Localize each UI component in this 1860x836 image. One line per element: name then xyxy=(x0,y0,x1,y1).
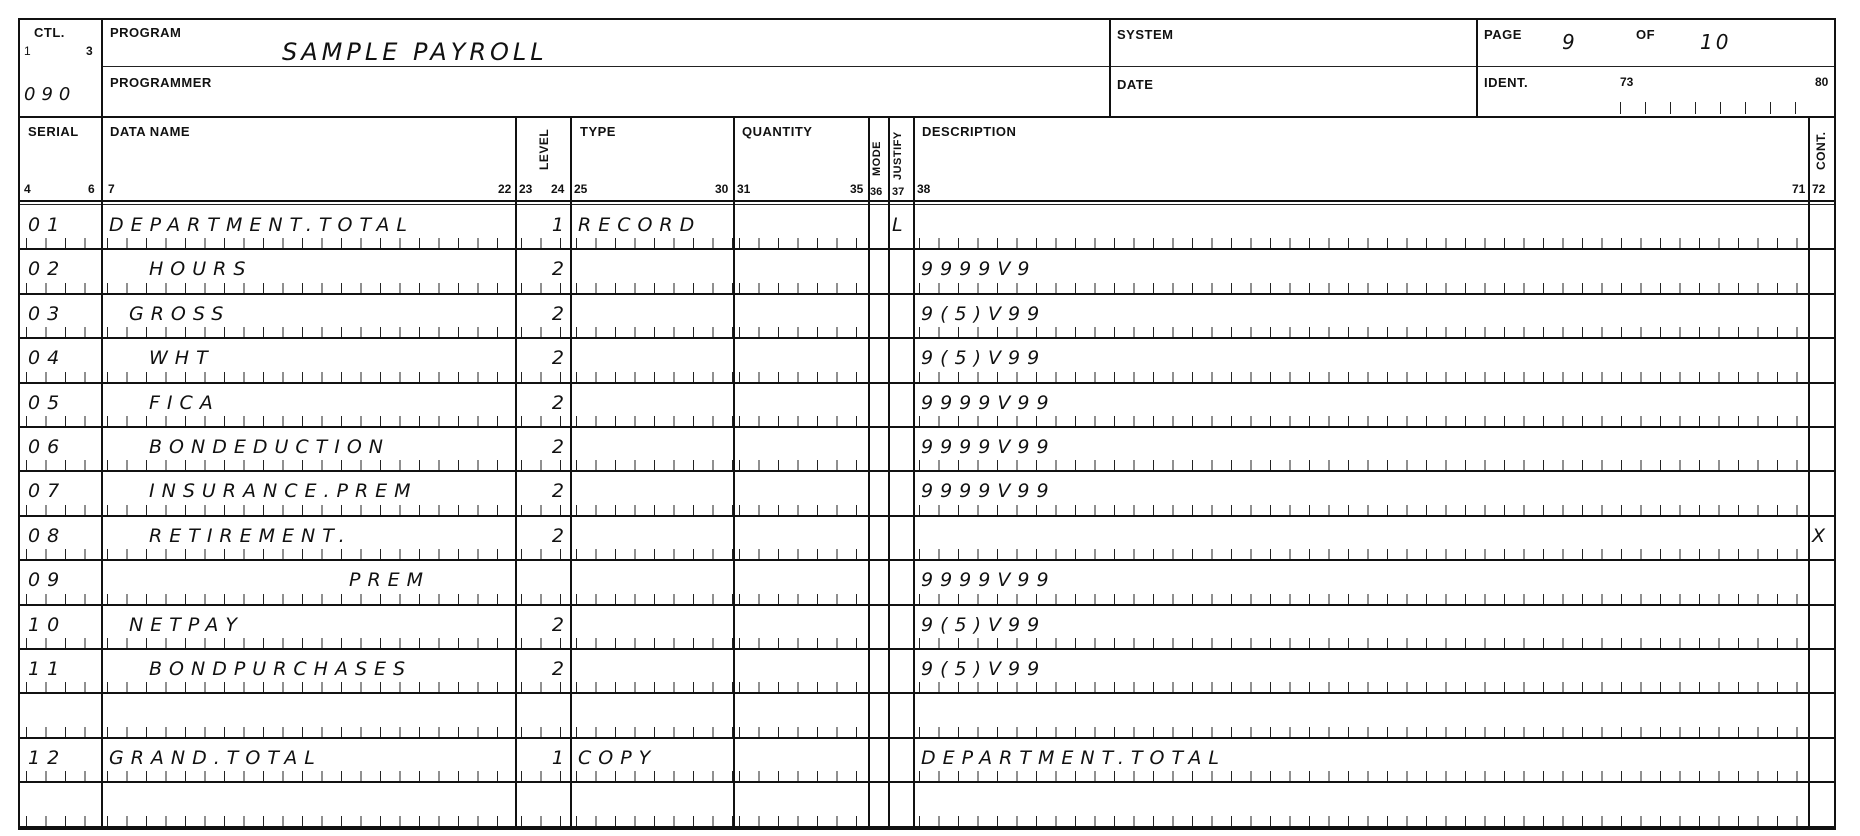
description-value: 9999V99 xyxy=(921,436,1056,458)
level-cell[interactable]: 2 xyxy=(515,428,570,470)
serial-cell[interactable]: 10 xyxy=(20,606,101,648)
table-row: 02HOURS29999V9 xyxy=(20,250,1834,294)
type-cell[interactable] xyxy=(570,694,733,736)
level-col-end: 24 xyxy=(551,182,564,196)
level-cell[interactable]: 1 xyxy=(515,739,570,781)
justify-cell[interactable] xyxy=(888,428,913,470)
mode-cell[interactable] xyxy=(868,606,888,648)
mode-cell[interactable] xyxy=(868,206,888,248)
data-name-cell[interactable] xyxy=(101,694,515,736)
serial-cell[interactable]: 12 xyxy=(20,739,101,781)
character-ticks xyxy=(913,460,1808,470)
character-ticks xyxy=(570,594,733,604)
mode-cell[interactable] xyxy=(868,561,888,603)
character-ticks xyxy=(733,460,868,470)
serial-value: 11 xyxy=(28,658,66,680)
description-cell[interactable]: 9999V99 xyxy=(913,561,1808,603)
table-row xyxy=(20,783,1834,827)
quantity-cell[interactable] xyxy=(733,517,868,559)
justify-cell[interactable] xyxy=(888,250,913,292)
serial-cell[interactable]: 04 xyxy=(20,339,101,381)
quantity-cell[interactable] xyxy=(733,384,868,426)
character-ticks xyxy=(20,727,101,737)
system-label: SYSTEM xyxy=(1117,27,1173,42)
quantity-cell[interactable] xyxy=(733,472,868,514)
character-ticks xyxy=(913,238,1808,248)
mode-cell[interactable] xyxy=(868,472,888,514)
character-ticks xyxy=(20,594,101,604)
data-name-cell[interactable]: DEPARTMENT.TOTAL xyxy=(101,206,515,248)
data-name-cell[interactable]: INSURANCE.PREM xyxy=(101,472,515,514)
cont-cell[interactable] xyxy=(1808,339,1834,381)
data-name-value: RETIREMENT. xyxy=(149,525,352,547)
level-value: 1 xyxy=(552,747,564,769)
character-ticks xyxy=(913,416,1808,426)
mode-cell[interactable] xyxy=(868,739,888,781)
character-ticks xyxy=(20,238,101,248)
type-cell[interactable] xyxy=(570,561,733,603)
serial-cell[interactable]: 05 xyxy=(20,384,101,426)
character-ticks xyxy=(570,327,733,337)
character-ticks xyxy=(101,327,515,337)
character-ticks xyxy=(101,372,515,382)
character-ticks xyxy=(570,416,733,426)
character-ticks xyxy=(733,638,868,648)
type-cell[interactable] xyxy=(570,606,733,648)
justify-cell[interactable] xyxy=(888,606,913,648)
data-name-cell[interactable]: PREM xyxy=(101,561,515,603)
character-ticks xyxy=(913,816,1808,826)
description-cell[interactable] xyxy=(913,783,1808,825)
quantity-cell[interactable] xyxy=(733,295,868,337)
character-ticks xyxy=(570,816,733,826)
character-ticks xyxy=(913,771,1808,781)
cont-cell[interactable]: X xyxy=(1808,517,1834,559)
system-divider xyxy=(1109,20,1111,116)
character-ticks xyxy=(515,283,570,293)
data-name-value: WHT xyxy=(149,347,215,369)
quantity-cell[interactable] xyxy=(733,339,868,381)
column-header-bottom-line xyxy=(20,200,1834,202)
type-cell[interactable]: COPY xyxy=(570,739,733,781)
justify-cell[interactable] xyxy=(888,650,913,692)
character-ticks xyxy=(101,594,515,604)
cont-cell[interactable] xyxy=(1808,694,1834,736)
character-ticks xyxy=(515,460,570,470)
of-value[interactable]: 10 xyxy=(1700,30,1731,54)
description-col-start: 38 xyxy=(917,182,930,196)
character-ticks xyxy=(570,638,733,648)
serial-value: 05 xyxy=(28,392,66,414)
table-row: 04WHT29(5)V99 xyxy=(20,339,1834,383)
data-name-cell[interactable]: NETPAY xyxy=(101,606,515,648)
serial-cell[interactable]: 07 xyxy=(20,472,101,514)
mode-cell[interactable] xyxy=(868,694,888,736)
level-value: 2 xyxy=(552,436,564,458)
mode-cell[interactable] xyxy=(868,295,888,337)
level-value: 2 xyxy=(552,303,564,325)
page-divider xyxy=(1476,20,1478,116)
description-cell[interactable]: 9(5)V99 xyxy=(913,606,1808,648)
type-cell[interactable] xyxy=(570,339,733,381)
table-row: 05FICA29999V99 xyxy=(20,384,1834,428)
description-value: 9999V99 xyxy=(921,569,1056,591)
quantity-col-start: 31 xyxy=(737,182,750,196)
level-value: 1 xyxy=(552,214,564,236)
character-ticks xyxy=(733,416,868,426)
justify-cell[interactable] xyxy=(888,384,913,426)
quantity-col-end: 35 xyxy=(850,182,863,196)
page-label: PAGE xyxy=(1484,27,1522,42)
character-ticks xyxy=(733,549,868,559)
data-name-cell[interactable]: BONDEDUCTION xyxy=(101,428,515,470)
justify-cell[interactable] xyxy=(888,694,913,736)
character-ticks xyxy=(515,372,570,382)
description-cell[interactable] xyxy=(913,517,1808,559)
character-ticks xyxy=(515,816,570,826)
character-ticks xyxy=(733,682,868,692)
data-name-value: GROSS xyxy=(129,303,230,325)
description-cell[interactable]: 9999V99 xyxy=(913,428,1808,470)
type-cell[interactable]: RECORD xyxy=(570,206,733,248)
data-name-cell[interactable]: RETIREMENT. xyxy=(101,517,515,559)
character-ticks xyxy=(101,549,515,559)
justify-value: L xyxy=(892,214,903,236)
character-ticks xyxy=(570,727,733,737)
quantity-cell[interactable] xyxy=(733,250,868,292)
mode-cell[interactable] xyxy=(868,517,888,559)
data-rows: 01DEPARTMENT.TOTAL1RECORDL02HOURS29999V9… xyxy=(20,206,1834,828)
character-ticks xyxy=(733,327,868,337)
type-cell[interactable] xyxy=(570,650,733,692)
justify-header: JUSTIFY xyxy=(892,131,904,180)
data-name-header: DATA NAME xyxy=(110,124,190,139)
character-ticks xyxy=(733,771,868,781)
character-ticks xyxy=(20,283,101,293)
type-value: RECORD xyxy=(578,214,701,236)
justify-cell[interactable] xyxy=(888,295,913,337)
character-ticks xyxy=(913,549,1808,559)
character-ticks xyxy=(733,372,868,382)
cont-value: X xyxy=(1812,525,1825,547)
ctl-col-end: 3 xyxy=(86,44,93,58)
program-label: PROGRAM xyxy=(110,25,181,40)
character-ticks xyxy=(20,682,101,692)
serial-cell[interactable]: 08 xyxy=(20,517,101,559)
quantity-cell[interactable] xyxy=(733,561,868,603)
character-ticks xyxy=(101,771,515,781)
character-ticks xyxy=(913,372,1808,382)
cont-cell[interactable] xyxy=(1808,206,1834,248)
description-cell[interactable] xyxy=(913,694,1808,736)
type-cell[interactable] xyxy=(570,295,733,337)
character-ticks xyxy=(570,372,733,382)
cont-cell[interactable] xyxy=(1808,295,1834,337)
data-name-value: PREM xyxy=(349,569,430,591)
data-name-value: BONDEDUCTION xyxy=(149,436,390,458)
type-col-start: 25 xyxy=(574,182,587,196)
character-ticks xyxy=(20,327,101,337)
serial-cell[interactable]: 03 xyxy=(20,295,101,337)
description-value: DEPARTMENT.TOTAL xyxy=(921,747,1226,769)
serial-header: SERIAL xyxy=(28,124,79,139)
data-name-value: DEPARTMENT.TOTAL xyxy=(109,214,414,236)
character-ticks xyxy=(515,638,570,648)
ctl-col-start: 1 xyxy=(24,44,31,58)
character-ticks xyxy=(913,682,1808,692)
data-name-cell[interactable]: WHT xyxy=(101,339,515,381)
description-value: 9999V99 xyxy=(921,480,1056,502)
level-value: 2 xyxy=(552,480,564,502)
character-ticks xyxy=(570,549,733,559)
justify-cell[interactable] xyxy=(888,561,913,603)
quantity-cell[interactable] xyxy=(733,739,868,781)
ctl-value[interactable]: 090 xyxy=(24,84,76,105)
character-ticks xyxy=(913,505,1808,515)
character-ticks xyxy=(570,460,733,470)
data-name-cell[interactable]: GROSS xyxy=(101,295,515,337)
character-ticks xyxy=(913,638,1808,648)
character-ticks xyxy=(20,460,101,470)
serial-cell[interactable]: 11 xyxy=(20,650,101,692)
description-value: 9(5)V99 xyxy=(921,614,1046,636)
character-ticks xyxy=(913,727,1808,737)
character-ticks xyxy=(20,416,101,426)
cont-cell[interactable] xyxy=(1808,783,1834,825)
serial-value: 12 xyxy=(28,747,66,769)
type-cell[interactable] xyxy=(570,250,733,292)
header-bottom-line xyxy=(20,116,1834,118)
ctl-divider xyxy=(101,20,103,116)
cont-cell[interactable] xyxy=(1808,384,1834,426)
description-cell[interactable] xyxy=(913,206,1808,248)
quantity-cell[interactable] xyxy=(733,206,868,248)
character-ticks xyxy=(101,505,515,515)
level-value: 2 xyxy=(552,658,564,680)
table-row: 10NETPAY29(5)V99 xyxy=(20,606,1834,650)
serial-cell[interactable]: 09 xyxy=(20,561,101,603)
character-ticks xyxy=(101,638,515,648)
table-row: 03GROSS29(5)V99 xyxy=(20,295,1834,339)
data-name-col-end: 22 xyxy=(498,182,511,196)
character-ticks xyxy=(20,505,101,515)
level-cell[interactable]: 2 xyxy=(515,384,570,426)
justify-cell[interactable] xyxy=(888,339,913,381)
character-ticks xyxy=(515,549,570,559)
quantity-cell[interactable] xyxy=(733,694,868,736)
quantity-cell[interactable] xyxy=(733,606,868,648)
level-cell[interactable]: 2 xyxy=(515,295,570,337)
type-value: COPY xyxy=(578,747,657,769)
character-ticks xyxy=(515,727,570,737)
level-cell[interactable]: 2 xyxy=(515,339,570,381)
character-ticks xyxy=(101,460,515,470)
description-cell[interactable]: 9999V99 xyxy=(913,384,1808,426)
cont-cell[interactable] xyxy=(1808,650,1834,692)
character-ticks xyxy=(515,327,570,337)
mode-header: MODE xyxy=(871,141,883,176)
level-cell[interactable]: 2 xyxy=(515,472,570,514)
serial-value: 03 xyxy=(28,303,66,325)
mode-cell[interactable] xyxy=(868,783,888,825)
data-name-cell[interactable]: GRAND.TOTAL xyxy=(101,739,515,781)
data-name-cell[interactable]: BONDPURCHASES xyxy=(101,650,515,692)
table-row: 11BONDPURCHASES29(5)V99 xyxy=(20,650,1834,694)
description-cell[interactable]: 9999V99 xyxy=(913,472,1808,514)
type-cell[interactable] xyxy=(570,517,733,559)
serial-value: 04 xyxy=(28,347,66,369)
ctl-label: CTL. xyxy=(34,25,65,40)
data-name-value: BONDPURCHASES xyxy=(149,658,412,680)
type-col-end: 30 xyxy=(715,182,728,196)
quantity-cell[interactable] xyxy=(733,428,868,470)
justify-cell[interactable] xyxy=(888,472,913,514)
character-ticks xyxy=(570,283,733,293)
table-row: 01DEPARTMENT.TOTAL1RECORDL xyxy=(20,206,1834,250)
character-ticks xyxy=(101,727,515,737)
ident-input[interactable] xyxy=(1620,100,1820,114)
character-ticks xyxy=(20,372,101,382)
programmer-label: PROGRAMMER xyxy=(110,75,212,90)
date-label: DATE xyxy=(1117,77,1153,92)
character-ticks xyxy=(570,238,733,248)
type-cell[interactable] xyxy=(570,472,733,514)
type-cell[interactable] xyxy=(570,783,733,825)
character-ticks xyxy=(913,283,1808,293)
page-value[interactable]: 9 xyxy=(1562,30,1582,54)
type-cell[interactable] xyxy=(570,384,733,426)
character-ticks xyxy=(733,238,868,248)
description-value: 9999V9 xyxy=(921,258,1036,280)
table-row: 08RETIREMENT.2X xyxy=(20,517,1834,561)
data-name-value: HOURS xyxy=(149,258,252,280)
level-cell[interactable]: 2 xyxy=(515,517,570,559)
cont-cell[interactable] xyxy=(1808,428,1834,470)
level-cell[interactable]: 2 xyxy=(515,250,570,292)
justify-cell[interactable] xyxy=(888,783,913,825)
level-value: 2 xyxy=(552,614,564,636)
description-cell[interactable]: 9(5)V99 xyxy=(913,295,1808,337)
serial-cell[interactable]: 06 xyxy=(20,428,101,470)
character-ticks xyxy=(101,238,515,248)
description-cell[interactable]: 9(5)V99 xyxy=(913,339,1808,381)
serial-cell[interactable]: 02 xyxy=(20,250,101,292)
level-cell[interactable] xyxy=(515,561,570,603)
serial-col-end: 6 xyxy=(88,182,95,196)
ident-col-end: 80 xyxy=(1815,75,1828,89)
serial-value: 01 xyxy=(28,214,66,236)
mode-cell[interactable] xyxy=(868,384,888,426)
character-ticks xyxy=(570,505,733,515)
data-name-value: FICA xyxy=(149,392,220,414)
character-ticks xyxy=(733,816,868,826)
character-ticks xyxy=(20,816,101,826)
character-ticks xyxy=(733,505,868,515)
character-ticks xyxy=(570,682,733,692)
mode-cell[interactable] xyxy=(868,428,888,470)
table-row xyxy=(20,694,1834,738)
description-value: 9999V99 xyxy=(921,392,1056,414)
mode-cell[interactable] xyxy=(868,250,888,292)
character-ticks xyxy=(733,594,868,604)
serial-col-start: 4 xyxy=(24,182,31,196)
data-division-coding-form: CTL. 1 3 090 PROGRAM SAMPLE PAYROLL PROG… xyxy=(18,18,1836,830)
level-cell[interactable] xyxy=(515,783,570,825)
mode-cell[interactable] xyxy=(868,650,888,692)
serial-value: 08 xyxy=(28,525,66,547)
data-name-value: GRAND.TOTAL xyxy=(109,747,322,769)
table-row: 09PREM9999V99 xyxy=(20,561,1834,605)
data-name-cell[interactable]: FICA xyxy=(101,384,515,426)
character-ticks xyxy=(101,283,515,293)
serial-cell[interactable] xyxy=(20,783,101,825)
character-ticks xyxy=(20,638,101,648)
data-name-cell[interactable]: HOURS xyxy=(101,250,515,292)
character-ticks xyxy=(515,416,570,426)
justify-cell[interactable] xyxy=(888,517,913,559)
description-cell[interactable]: 9999V9 xyxy=(913,250,1808,292)
program-value[interactable]: SAMPLE PAYROLL xyxy=(282,38,548,66)
character-ticks xyxy=(515,771,570,781)
level-value: 2 xyxy=(552,258,564,280)
mode-col-start: 36 xyxy=(870,186,882,198)
serial-cell[interactable] xyxy=(20,694,101,736)
cont-cell[interactable] xyxy=(1808,250,1834,292)
character-ticks xyxy=(101,416,515,426)
character-ticks xyxy=(515,682,570,692)
description-header: DESCRIPTION xyxy=(922,124,1016,139)
justify-col-start: 37 xyxy=(892,186,904,198)
data-name-value: NETPAY xyxy=(129,614,244,636)
serial-value: 06 xyxy=(28,436,66,458)
character-ticks xyxy=(913,327,1808,337)
quantity-cell[interactable] xyxy=(733,783,868,825)
serial-cell[interactable]: 01 xyxy=(20,206,101,248)
cont-cell[interactable] xyxy=(1808,472,1834,514)
table-row: 07INSURANCE.PREM29999V99 xyxy=(20,472,1834,516)
data-name-value: INSURANCE.PREM xyxy=(149,480,418,502)
level-value: 2 xyxy=(552,392,564,414)
of-label: OF xyxy=(1636,27,1655,42)
quantity-cell[interactable] xyxy=(733,650,868,692)
character-ticks xyxy=(913,594,1808,604)
level-cell[interactable]: 2 xyxy=(515,606,570,648)
level-cell[interactable]: 2 xyxy=(515,650,570,692)
cont-cell[interactable] xyxy=(1808,606,1834,648)
data-name-cell[interactable] xyxy=(101,783,515,825)
character-ticks xyxy=(515,594,570,604)
cont-cell[interactable] xyxy=(1808,739,1834,781)
cont-col-start: 72 xyxy=(1812,182,1825,196)
serial-value: 07 xyxy=(28,480,66,502)
serial-value: 09 xyxy=(28,569,66,591)
level-cell[interactable]: 1 xyxy=(515,206,570,248)
character-ticks xyxy=(515,505,570,515)
type-cell[interactable] xyxy=(570,428,733,470)
mode-cell[interactable] xyxy=(868,339,888,381)
justify-cell[interactable]: L xyxy=(888,206,913,248)
description-col-end: 71 xyxy=(1792,182,1805,196)
header-divider-1 xyxy=(101,66,1834,67)
ident-col-start: 73 xyxy=(1620,75,1633,89)
description-cell[interactable]: 9(5)V99 xyxy=(913,650,1808,692)
justify-cell[interactable] xyxy=(888,739,913,781)
level-cell[interactable] xyxy=(515,694,570,736)
description-value: 9(5)V99 xyxy=(921,658,1046,680)
cont-cell[interactable] xyxy=(1808,561,1834,603)
ident-label: IDENT. xyxy=(1484,75,1528,90)
description-cell[interactable]: DEPARTMENT.TOTAL xyxy=(913,739,1808,781)
